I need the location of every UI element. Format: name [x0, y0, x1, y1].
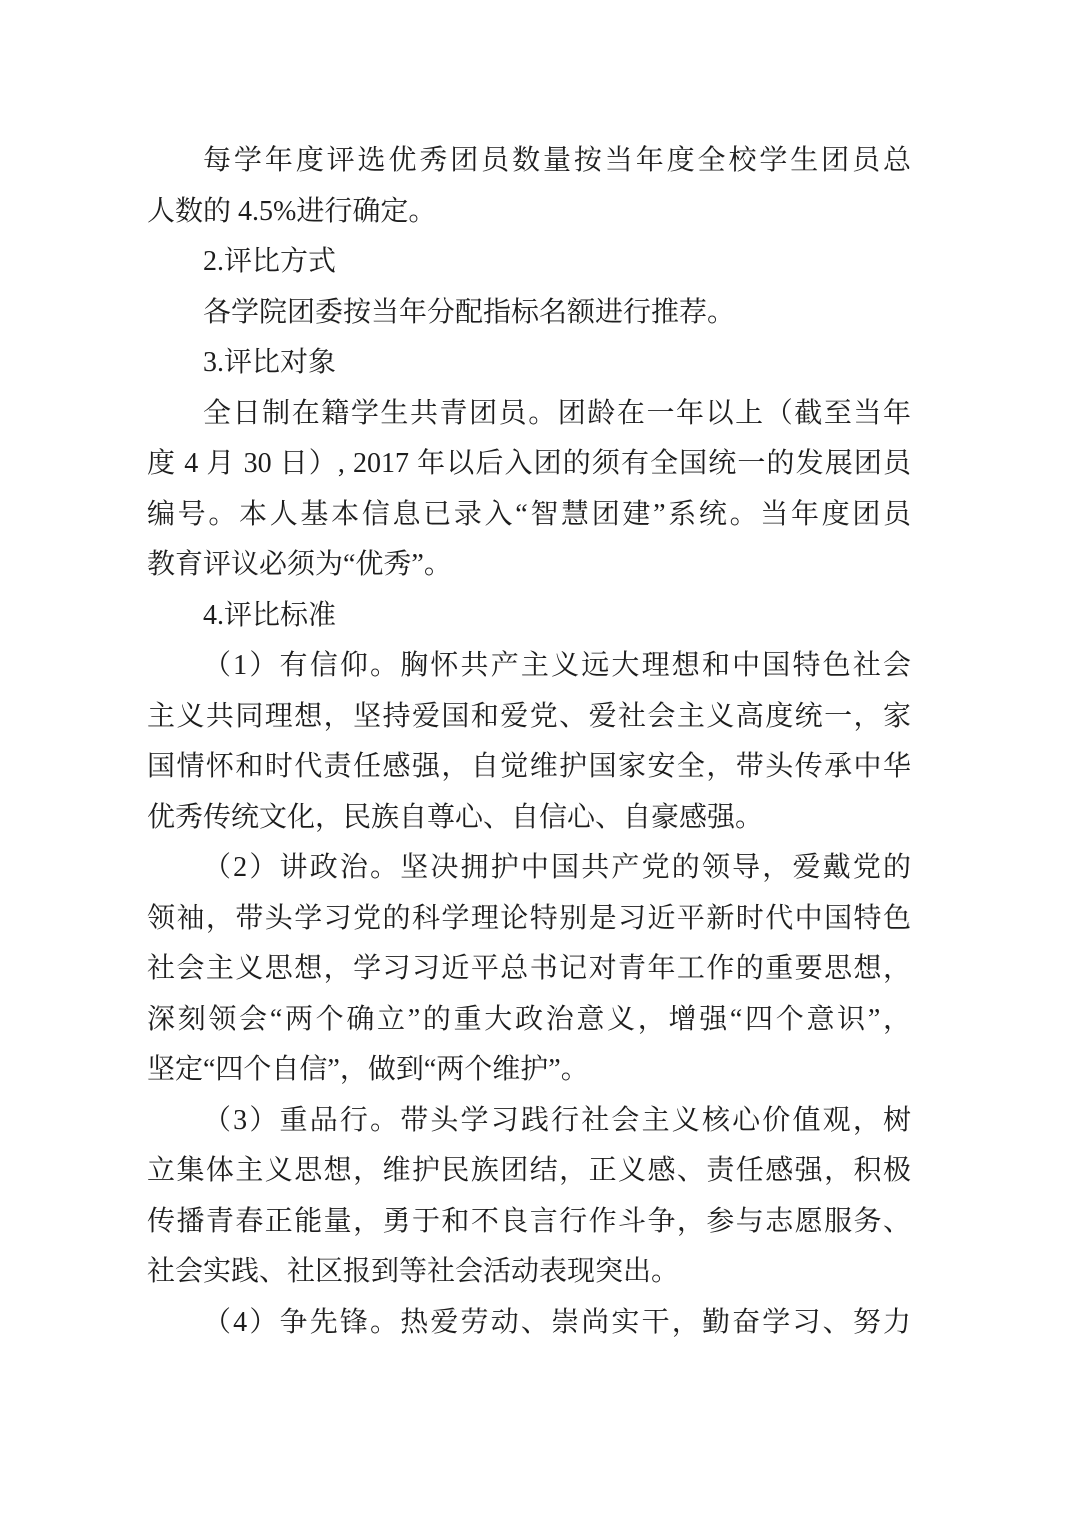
- text-line: 社会主义思想，学习习近平总书记对青年工作的重要思想，: [147, 944, 911, 995]
- text-line: 国情怀和时代责任感强，自觉维护国家安全，带头传承中华: [147, 742, 911, 793]
- text-line: 深刻领会“两个确立”的重大政治意义，增强“四个意识”，: [147, 995, 911, 1046]
- text-line: （4）争先锋。热爱劳动、崇尚实干，勤奋学习、努力: [147, 1298, 911, 1349]
- text-line: 教育评议必须为“优秀”。: [147, 540, 911, 591]
- document-body: 每学年度评选优秀团员数量按当年度全校学生团员总人数的 4.5%进行确定。2.评比…: [147, 136, 911, 1348]
- text-line: 编号。本人基本信息已录入“智慧团建”系统。当年度团员: [147, 490, 911, 541]
- text-line: 主义共同理想，坚持爱国和爱党、爱社会主义高度统一，家: [147, 692, 911, 743]
- text-line: 社会实践、社区报到等社会活动表现突出。: [147, 1247, 911, 1298]
- text-line: （2）讲政治。坚决拥护中国共产党的领导，爱戴党的: [147, 843, 911, 894]
- text-line: 全日制在籍学生共青团员。团龄在一年以上（截至当年: [147, 389, 911, 440]
- text-line: 每学年度评选优秀团员数量按当年度全校学生团员总: [147, 136, 911, 187]
- text-line: 3.评比对象: [147, 338, 911, 389]
- text-line: 2.评比方式: [147, 237, 911, 288]
- text-line: 优秀传统文化，民族自尊心、自信心、自豪感强。: [147, 793, 911, 844]
- text-line: （3）重品行。带头学习践行社会主义核心价值观，树: [147, 1096, 911, 1147]
- text-line: 坚定“四个自信”，做到“两个维护”。: [147, 1045, 911, 1096]
- text-line: （1）有信仰。胸怀共产主义远大理想和中国特色社会: [147, 641, 911, 692]
- text-line: 立集体主义思想，维护民族团结，正义感、责任感强，积极: [147, 1146, 911, 1197]
- text-line: 度 4 月 30 日）, 2017 年以后入团的须有全国统一的发展团员: [147, 439, 911, 490]
- text-line: 各学院团委按当年分配指标名额进行推荐。: [147, 288, 911, 339]
- document-page: 每学年度评选优秀团员数量按当年度全校学生团员总人数的 4.5%进行确定。2.评比…: [0, 0, 1074, 1520]
- text-line: 人数的 4.5%进行确定。: [147, 187, 911, 238]
- text-line: 领袖，带头学习党的科学理论特别是习近平新时代中国特色: [147, 894, 911, 945]
- text-line: 传播青春正能量，勇于和不良言行作斗争，参与志愿服务、: [147, 1197, 911, 1248]
- text-line: 4.评比标准: [147, 591, 911, 642]
